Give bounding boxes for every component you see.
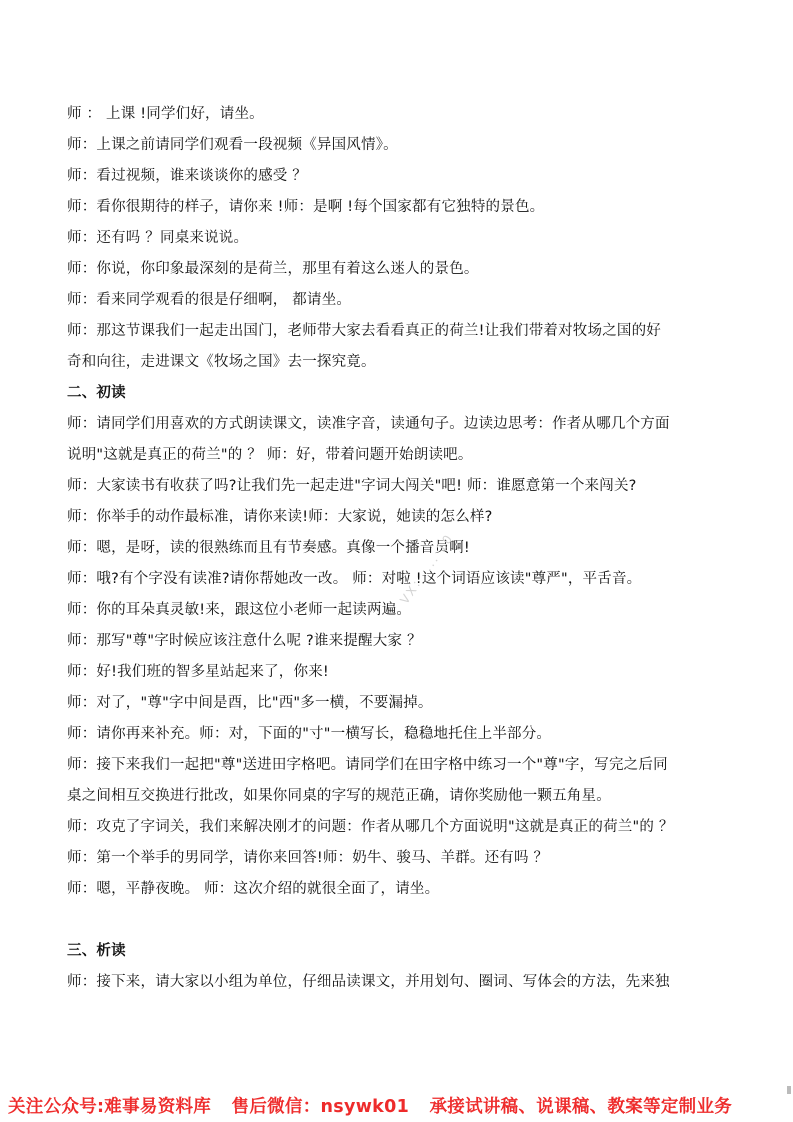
dialogue-line: 师：攻克了字词关，我们来解决刚才的问题：作者从哪几个方面说明"这就是真正的荷兰"… — [67, 812, 732, 843]
dialogue-line: 师：你说，你印象最深刻的是荷兰，那里有着这么迷人的景色。 — [67, 254, 732, 285]
dialogue-line: 师：还有吗 ？同桌来说说。 — [67, 223, 732, 254]
dialogue-line: 师：哦?有个字没有读准?请你帮她改一改。 师：对啦 !这个词语应该读"尊严"，平… — [67, 564, 732, 595]
dialogue-line: 师：嗯，是呀，读的很熟练而且有节奏感。真像一个播音员啊! — [67, 533, 732, 564]
dialogue-line: 师：那写"尊"字时候应该注意什么呢 ?谁来提醒大家 ？ — [67, 626, 732, 657]
dialogue-line: 师：请同学们用喜欢的方式朗读课文，读准字音，读通句子。边读边思考：作者从哪几个方… — [67, 409, 732, 440]
dialogue-line: 奇和向往，走进课文《牧场之国》去一探究竟。 — [67, 347, 732, 378]
dialogue-line: 桌之间相互交换进行批改，如果你同桌的字写的规范正确，请你奖励他一颗五角星。 — [67, 781, 732, 812]
dialogue-line: 师：对了，"尊"字中间是酉，比"西"多一横，不要漏掉。 — [67, 688, 732, 719]
dialogue-line: 师：大家读书有收获了吗?让我们先一起走进"字词大闯关"吧! 师：谁愿意第一个来闯… — [67, 471, 732, 502]
dialogue-line: 师：接下来我们一起把"尊"送进田字格吧。请同学们在田字格中练习一个"尊"字，写完… — [67, 750, 732, 781]
dialogue-line: 师：接下来，请大家以小组为单位，仔细品读课文，并用划句、圈词、写体会的方法，先来… — [67, 967, 732, 998]
dialogue-line: 师：那这节课我们一起走出国门，老师带大家去看看真正的荷兰!让我们带着对牧场之国的… — [67, 316, 732, 347]
dialogue-line: 师：嗯，平静夜晚。 师：这次介绍的就很全面了，请坐。 — [67, 874, 732, 905]
dialogue-line: 师：你的耳朵真灵敏!来，跟这位小老师一起读两遍。 — [67, 595, 732, 626]
footer-services: 承接试讲稿、说课稿、教案等定制业务 — [429, 1097, 732, 1117]
dialogue-line: 师：上课之前请同学们观看一段视频《异国风情》。 — [67, 130, 732, 161]
dialogue-line: 说明"这就是真正的荷兰"的 ？ 师：好，带着问题开始朗读吧。 — [67, 440, 732, 471]
promo-footer: 关注公众号:难事易资料库 售后微信：nsywk01 承接试讲稿、说课稿、教案等定… — [0, 1093, 793, 1122]
footer-wechat: 售后微信：nsywk01 — [232, 1097, 410, 1117]
dialogue-line: 师：好!我们班的智多星站起来了，你来! — [67, 657, 732, 688]
dialogue-line: 师 ： 上课 !同学们好，请坐。 — [67, 99, 732, 130]
blank-line — [67, 905, 732, 936]
dialogue-line: 师：看你很期待的样子，请你来 !师：是啊 !每个国家都有它独特的景色。 — [67, 192, 732, 223]
section-heading: 三、析读 — [67, 936, 732, 967]
dialogue-line: 师：你举手的动作最标准，请你来读!师：大家说，她读的怎么样? — [67, 502, 732, 533]
footer-account: 关注公众号:难事易资料库 — [8, 1097, 211, 1117]
page-corner-mark — [787, 1086, 791, 1094]
dialogue-line: 师：看过视频，谁来谈谈你的感受 ？ — [67, 161, 732, 192]
dialogue-line: 师：看来同学观看的很是仔细啊， 都请坐。 — [67, 285, 732, 316]
dialogue-line: 师：第一个举手的男同学，请你来回答!师：奶牛、骏马、羊群。还有吗 ？ — [67, 843, 732, 874]
section-heading: 二、初读 — [67, 378, 732, 409]
document-body: 师 ： 上课 !同学们好，请坐。 师：上课之前请同学们观看一段视频《异国风情》。… — [67, 99, 732, 998]
dialogue-line: 师：请你再来补充。师：对，下面的"寸"一横写长，稳稳地托住上半部分。 — [67, 719, 732, 750]
